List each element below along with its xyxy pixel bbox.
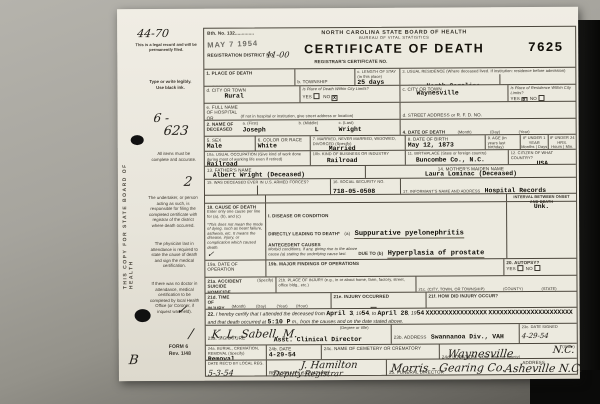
form-header: Bth. No. 132.............. MAY 7 1954 RE…	[204, 27, 575, 69]
field-street-address: d. STREET ADDRESS or R. F. D. NO. P.O. B…	[400, 102, 576, 119]
handwritten-623: 623	[163, 124, 190, 139]
city-of-death-value: Rural	[224, 93, 297, 100]
med-cert-spacer	[205, 195, 265, 202]
field-usual-residence: 3. USUAL RESIDENCE (Where deceased lived…	[399, 68, 575, 85]
bth-number: Bth. No. 132..............	[207, 30, 254, 36]
row-certification-statement: 22. I hereby certify that I attended the…	[206, 307, 577, 325]
interval-header-cell: INTERVAL BETWEEN ONSET AND DEATH	[506, 194, 576, 201]
institution-note: (If not in hospital or institution, give…	[241, 113, 354, 119]
certificate-number: 7625	[528, 41, 563, 55]
cert-conn1: , 19	[353, 311, 361, 317]
date-of-death-label: 4. DATE OF DEATH	[403, 129, 445, 134]
registrar-certificate-label: REGISTRAR'S CERTIFICATE NO.	[314, 59, 387, 65]
under24-hours-label: Hours	[551, 144, 562, 149]
industry-value: Railroad	[327, 156, 403, 163]
date-signed-value: 4-29-54	[521, 331, 575, 339]
cert-conn3: , 19	[408, 311, 416, 317]
burial-date-value: 4-29-54	[269, 351, 319, 358]
cause-note2: *This does not mean the mode of dying, s…	[207, 222, 263, 250]
under24-min-label: Min.	[566, 144, 574, 149]
row-cause-of-death: 18. CAUSE OF DEATH Enter only one cause …	[205, 201, 576, 260]
cert-from-year: 54	[361, 310, 369, 317]
cert-text1: I hereby certify that I attended the dec…	[216, 311, 325, 318]
address-value1: Swannanoa Div., VAH	[431, 333, 504, 340]
field-birthplace: 11. BIRTHPLACE (State or foreign country…	[405, 150, 508, 165]
field-how-injury-occurred: 21f. HOW DID INJURY OCCUR?	[426, 292, 577, 308]
cert-item-number: 22.	[208, 312, 215, 318]
last-name-value: Wright	[339, 125, 395, 132]
field-city-of-death: d. CITY OR TOWN Rural	[204, 86, 299, 102]
antecedent-note: Morbid conditions, if any, giving rise t…	[268, 247, 358, 257]
death-limits-no-checkbox: X	[332, 95, 338, 101]
field-burial-date: 24b. DATE 4-29-54	[266, 345, 321, 359]
row-place-residence-2: d. CITY OR TOWN Rural Is Place of Death …	[204, 84, 575, 103]
registrar-title-script: Deputy Registrar	[272, 369, 343, 378]
accident-specify-label: (Specify)	[257, 278, 273, 283]
injury-county-label: (COUNTY)	[503, 286, 523, 291]
cause-b-label: DUE TO (b)	[358, 251, 383, 256]
handwritten-checkmark: ✓	[176, 303, 188, 317]
row-institution-street: e. FULL NAME OF HOSPITAL OR INSTITUTION …	[205, 101, 576, 120]
birthplace-value: Buncombe Co., N.C.	[416, 156, 506, 164]
field-county-of-death: 1. PLACE OF DEATH a. COUNTY Buncombe	[204, 69, 294, 85]
injury-occurred-label: 21e. INJURY OCCURRED	[334, 294, 424, 300]
field-date-of-birth: 8. DATE OF BIRTH May 12, 1873	[405, 135, 485, 149]
place-of-death-label: 1. PLACE OF DEATH	[206, 70, 292, 76]
operation-date-label: 19a. DATE OF OPERATION	[207, 261, 263, 272]
form-revision: Rev. 1/48	[169, 352, 191, 358]
handwritten-2: 2	[183, 175, 193, 190]
informant-label: 17. INFORMANT'S NAME AND ADDRESS	[403, 188, 480, 193]
field-middle-name: b. (Middle) L	[297, 120, 337, 134]
field-injury-occurred: 21e. INJURY OCCURRED WHILE AT WORK NOT W…	[331, 293, 426, 308]
field-place-of-injury: 21b. PLACE OF INJURY (e.g., in or about …	[275, 277, 415, 293]
dod-month-label: (Month)	[458, 129, 472, 134]
field-institution: e. FULL NAME OF HOSPITAL OR INSTITUTION …	[205, 103, 400, 120]
field-residence-county: b. COUNTY Haywood	[500, 73, 576, 84]
field-armed-forces: 15. WAS DECEASED EVER IN U.S. ARMED FORC…	[205, 179, 330, 195]
cause-main-cell: I. DISEASE OR CONDITION DIRECTLY LEADING…	[265, 202, 506, 259]
margin-undertaker-note: The undertaker, or person acting as such…	[146, 195, 200, 229]
cert-strikeout2: XXXXXXXXXXXXXXXXXXXXXX	[488, 309, 572, 316]
row-occupation-birthplace: 10a. USUAL OCCUPATION (Give kind of work…	[205, 149, 576, 166]
date-received-value: 5-3-54	[207, 368, 264, 377]
medical-certification-title-cell: MEDICAL CERTIFICATION	[265, 194, 506, 202]
received-date-stamp: MAY 7 1954	[207, 39, 258, 50]
handwritten-file-number: 44-70	[136, 27, 169, 40]
field-father-name: 13. FATHER'S NAME Albert Wright (Decease…	[205, 166, 365, 179]
field-last-name: c. (Last) Wright	[337, 120, 397, 134]
field-physician-address: 23b. ADDRESS Swannanoa Div., VAH Oteen, …	[391, 324, 519, 344]
hole-punch-bottom	[135, 309, 151, 322]
stay-label: c. LENGTH OF STAY (in this place)	[357, 70, 397, 79]
physician-title-typed: Asst. Clinical Director	[274, 336, 362, 344]
field-occupation: 10a. USUAL OCCUPATION (Give kind of work…	[205, 151, 310, 166]
date-signed-label: 23c. DATE SIGNED	[522, 325, 575, 330]
autopsy-no-checkbox	[534, 265, 540, 271]
cemetery-label: 24c. NAME OF CEMETERY OR CREMATORY	[324, 346, 437, 352]
stay-value: 25 days	[357, 79, 397, 85]
cert-from-date: April 3	[326, 310, 353, 317]
residence-limits-yes-label: YES	[510, 96, 519, 101]
field-age: 9. AGE (In years last birthday) 80	[485, 135, 520, 149]
time-month-label: (Month)	[232, 304, 246, 309]
death-limits-yes-label: YES	[302, 94, 311, 99]
margin-type-note: Type or write legibly. Use black ink.	[145, 79, 195, 90]
death-limits-yes-checkbox	[313, 93, 319, 99]
how-injury-label: 21f. HOW DID INJURY OCCUR?	[429, 293, 575, 299]
dob-value: May 12, 1873	[408, 142, 483, 149]
disease-condition-label2: DIRECTLY LEADING TO DEATH*	[268, 231, 340, 236]
burial-value: Removal	[208, 356, 264, 360]
field-length-of-stay: c. LENGTH OF STAY (in this place) 25 day…	[354, 69, 399, 85]
field-informant: 17. INFORMANT'S NAME AND ADDRESS Hospita…	[400, 178, 576, 194]
handwritten-b: B	[128, 353, 139, 368]
field-race: 6. COLOR OR RACE White	[255, 136, 310, 150]
location-state-script: N.C.	[552, 345, 575, 356]
field-industry: 10b. KIND OF BUSINESS OR INDUSTRY Railro…	[310, 151, 405, 165]
cause-margin-cell: 18. CAUSE OF DEATH Enter only one cause …	[205, 203, 265, 259]
registration-district-value: 11-00	[266, 50, 290, 59]
informant-value1: Hospital Records	[485, 187, 546, 194]
institution-label: e. FULL NAME OF HOSPITAL OR INSTITUTION	[207, 105, 241, 120]
row-operation-autopsy: 19a. DATE OF OPERATION 19b. MAJOR FINDIN…	[205, 258, 576, 277]
marital-value: Married	[329, 145, 403, 150]
field-date-signed: 23c. DATE SIGNED 4-29-54	[519, 324, 577, 343]
race-value: White	[258, 143, 308, 150]
handwritten-slash: /	[188, 327, 194, 342]
death-limits-label: Is Place of Death Within City Limits?	[302, 87, 397, 92]
interval-value: Unk.	[509, 203, 574, 210]
autopsy-yes-label: YES	[506, 266, 515, 271]
field-time-of-injury: 21d. TIME OF INJURY (Month) (Day) (Year)…	[206, 293, 331, 309]
cert-strikeout1: XXXXXXXXXXXXXXXX	[426, 309, 487, 316]
injury-state-label: (STATE)	[541, 286, 556, 291]
legal-record-stamp: This is a legal record and will be perma…	[135, 42, 197, 53]
middle-name-value: L	[299, 126, 335, 133]
ssn-value: 718-05-0508	[333, 187, 398, 194]
margin-complete-note: All items must be complete and accurate.	[150, 151, 198, 162]
residence-limits-yes-checkbox: X	[521, 97, 527, 101]
cert-conn2: , to	[369, 311, 376, 317]
injury-city-label: 21c. (CITY, TOWN, OR TOWNSHIP)	[418, 286, 484, 291]
under1-months-label: Months	[521, 144, 534, 149]
registration-district-label: REGISTRATION DISTRICT NO.	[207, 52, 274, 58]
state-value: North Carolina	[427, 82, 481, 85]
row-burial: 24a. BURIAL, CREMATION, REMOVAL (Specify…	[206, 343, 577, 360]
funeral-director-script: Morris - Gearing Co.	[390, 361, 506, 375]
residence-limits-no-label: NO	[530, 96, 537, 101]
time-injury-label: 21d. TIME OF INJURY	[208, 295, 232, 309]
field-registrar-signature: REGISTRAR'S SIGNATURE J. Hamilton Deputy…	[266, 360, 386, 377]
sex-value: Male	[207, 143, 253, 150]
time-year-label: (Year)	[277, 303, 288, 308]
field-certification-statement: 22. I hereby certify that I attended the…	[206, 308, 577, 325]
mother-value: Laura Lominac (Deceased)	[368, 170, 574, 178]
autopsy-no-label: NO	[526, 266, 533, 271]
field-mother-name: 14. MOTHER'S MAIDEN NAME Laura Lominac (…	[365, 165, 576, 178]
row-accident-place: 21a. ACCIDENTSUICIDEHOMICIDE (Specify) 2…	[205, 275, 576, 293]
findings-label: 19b. MAJOR FINDINGS OF OPERATIONS	[268, 260, 501, 267]
field-cemetery: 24c. NAME OF CEMETERY OR CREMATORY	[321, 345, 439, 360]
cert-time-of-death: 5:10 P	[267, 318, 290, 324]
field-death-city-limits: Is Place of Death Within City Limits? YE…	[299, 86, 399, 103]
ssn-label: 16. SOCIAL SECURITY NO.	[333, 180, 398, 185]
field-residence-state: a. STATE North Carolina	[400, 74, 500, 85]
field-ssn: 16. SOCIAL SECURITY NO. 718-05-0508	[330, 179, 400, 194]
row-parents: 13. FATHER'S NAME Albert Wright (Decease…	[205, 164, 576, 179]
street-address-label: d. STREET ADDRESS or R. F. D. NO.	[403, 112, 483, 117]
field-autopsy: 20. AUTOPSY? YES NO	[503, 259, 576, 275]
age-label: 9. AGE (In years last birthday)	[488, 136, 518, 149]
field-sex: 5. SEX Male	[205, 136, 255, 150]
township-label: b. TOWNSHIP	[297, 79, 327, 84]
residence-city-value: Waynesville	[416, 89, 505, 97]
residence-limits-no-checkbox	[538, 95, 544, 101]
field-date-of-operation: 19a. DATE OF OPERATION	[205, 260, 265, 276]
field-marital-status: 7. MARRIED, NEVER MARRIED, WIDOWED, DIVO…	[310, 136, 405, 150]
field-major-findings: 19b. MAJOR FINDINGS OF OPERATIONS	[265, 259, 503, 276]
field-residence-city-limits: Is Place of Residence Within City Limits…	[507, 85, 575, 101]
field-date-of-death: 4. DATE OF DEATH (Month) (Day) (Year) Ap…	[400, 119, 576, 135]
row-sex-race-age: 5. SEX Male 6. COLOR OR RACE White 7. MA…	[205, 134, 576, 151]
field-date-received: DATE REC'D BY LOCAL REG. 5-3-54	[206, 360, 266, 376]
cause-handwritten-marks: ✓	[207, 250, 264, 259]
row-physician-signature: 23a. SIGNATURE (Degree or title) K. L. S…	[206, 323, 577, 345]
dod-day-label: (Day)	[490, 129, 500, 134]
field-injury-city-county-state: 21c. (CITY, TOWN, OR TOWNSHIP) (COUNTY) …	[415, 276, 576, 292]
cert-to-date: April 28	[378, 310, 409, 317]
field-funeral-director: 25. FUNERAL DIRECTOR ADDRESS Morris - Ge…	[386, 359, 577, 376]
row-name-date-of-death: 2. NAME OF DECEASED a. (First) Joseph b.…	[205, 118, 576, 136]
cert-to-year: 54	[417, 310, 425, 317]
dod-year-label: (Year)	[519, 129, 530, 134]
time-day-label: (Day)	[256, 303, 266, 308]
field-burial-location: 24d. LOCATION (City, town, or county) (S…	[439, 344, 577, 359]
field-citizenship: 12. CITIZEN OF WHAT COUNTRY? USA	[508, 150, 576, 164]
field-name-of-deceased: 2. NAME OF DECEASED a. (First) Joseph b.…	[205, 120, 400, 136]
death-certificate-document: 44-70 This is a legal record and will be…	[117, 7, 580, 381]
state-label: a. STATE	[402, 83, 422, 85]
row-service-ssn-informant: 15. WAS DECEASED EVER IN U.S. ARMED FORC…	[205, 177, 576, 195]
hole-punch-top	[131, 135, 144, 145]
autopsy-yes-checkbox	[517, 265, 523, 271]
row-registrar-funeral: DATE REC'D BY LOCAL REG. 5-3-54 REGISTRA…	[206, 358, 577, 377]
cert-text2: and that death occurred at	[208, 319, 266, 324]
citizenship-label: 12. CITIZEN OF WHAT COUNTRY?	[511, 151, 574, 161]
disease-condition-label1: I. DISEASE OR CONDITION	[268, 213, 328, 218]
citizenship-value: USA	[511, 160, 574, 164]
address-label: 23b. ADDRESS	[394, 335, 427, 340]
field-township: b. TOWNSHIP Swannanoa Rural	[294, 69, 354, 85]
first-name-value: Joseph	[243, 126, 295, 133]
county-label: a. COUNTY	[206, 85, 231, 86]
margin-no-doctor-note: If there was no doctor in attendance, me…	[148, 281, 200, 315]
certificate-form: Bth. No. 132.............. MAY 7 1954 RE…	[203, 26, 578, 377]
cause-a-value: Suppurative pyelonephritis	[355, 229, 464, 239]
field-under-24-hrs: IF UNDER 24 HRS. Hours | Min.	[548, 135, 576, 149]
field-under-1-year: IF UNDER 1 YEAR Months | Days	[520, 135, 548, 149]
field-accident-type: 21a. ACCIDENTSUICIDEHOMICIDE (Specify)	[205, 277, 275, 292]
burial-label: 24a. BURIAL, CREMATION, REMOVAL (Specify…	[208, 346, 264, 356]
interval-value-cell: Unk.	[506, 202, 576, 258]
accident-label3: HOMICIDE	[207, 289, 230, 293]
field-physician-signature: 23a. SIGNATURE (Degree or title) K. L. S…	[206, 325, 391, 345]
row-place-residence-1: 1. PLACE OF DEATH a. COUNTY Buncombe b. …	[204, 67, 575, 86]
field-first-name: a. (First) Joseph	[241, 120, 297, 134]
field-residence-city: c. CITY OR TOWN Waynesville	[399, 85, 507, 102]
residence-limits-label: Is Place of Residence Within City Limits…	[510, 86, 573, 96]
date-received-label: DATE REC'D BY LOCAL REG.	[208, 361, 264, 366]
header-titles: NORTH CAROLINA STATE BOARD OF HEALTH BUR…	[294, 29, 494, 56]
death-limits-no-label: NO	[323, 94, 330, 99]
funeral-address-script: Asheville N.C.	[504, 362, 583, 375]
cause-b-value: Hyperplasia of prostate	[388, 249, 485, 259]
degree-title-label: (Degree or title)	[340, 326, 369, 331]
field-burial-type: 24a. BURIAL, CREMATION, REMOVAL (Specify…	[206, 345, 266, 359]
name-label: 2. NAME OF DECEASED	[205, 121, 241, 135]
place-of-injury-label: 21b. PLACE OF INJURY (e.g., in or about …	[278, 278, 413, 288]
cause-a-label: (a)	[344, 231, 350, 236]
under1-days-label: Days	[538, 144, 547, 149]
father-value: Albert Wright (Deceased)	[213, 171, 363, 179]
vertical-copy-designation: THIS COPY FOR STATE BOARD OF HEALTH	[122, 159, 135, 289]
handwritten-6: 6 -	[153, 111, 170, 125]
cause-note1: Enter only one cause per line for (a), (…	[207, 210, 263, 220]
certificate-title: CERTIFICATE OF DEATH	[294, 41, 494, 56]
row-time-injury: 21d. TIME OF INJURY (Month) (Day) (Year)…	[206, 291, 577, 309]
time-hour-label: (Hour)	[296, 303, 308, 308]
margin-physician-note: The physician last in attendance is requ…	[148, 241, 200, 269]
